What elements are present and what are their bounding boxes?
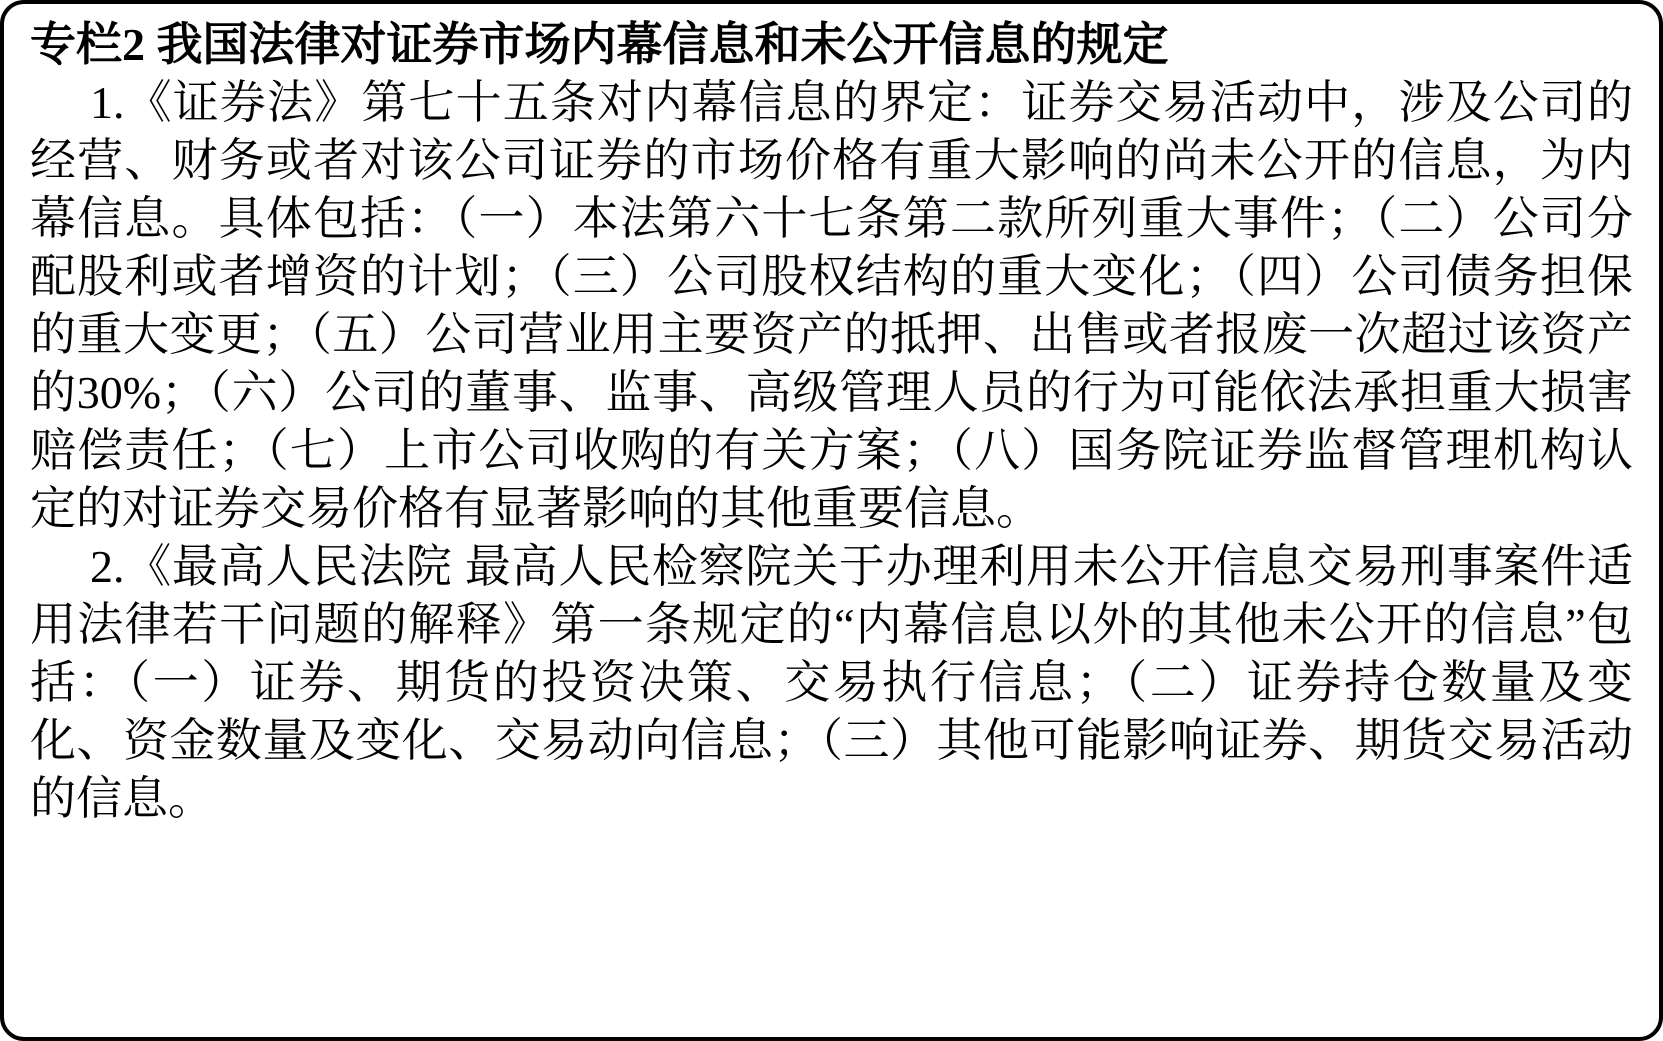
document-page: 专栏2 我国法律对证券市场内幕信息和未公开信息的规定 1.《证券法》第七十五条对…: [0, 0, 1663, 1041]
box-title: 专栏2 我国法律对证券市场内幕信息和未公开信息的规定: [30, 16, 1633, 74]
callout-box: 专栏2 我国法律对证券市场内幕信息和未公开信息的规定 1.《证券法》第七十五条对…: [0, 0, 1663, 1041]
paragraph-insider-information-definition: 1.《证券法》第七十五条对内幕信息的界定：证券交易活动中，涉及公司的经营、财务或…: [30, 74, 1633, 538]
paragraph-nonpublic-information-definition: 2.《最高人民法院 最高人民检察院关于办理利用未公开信息交易刑事案件适用法律若干…: [30, 538, 1633, 828]
